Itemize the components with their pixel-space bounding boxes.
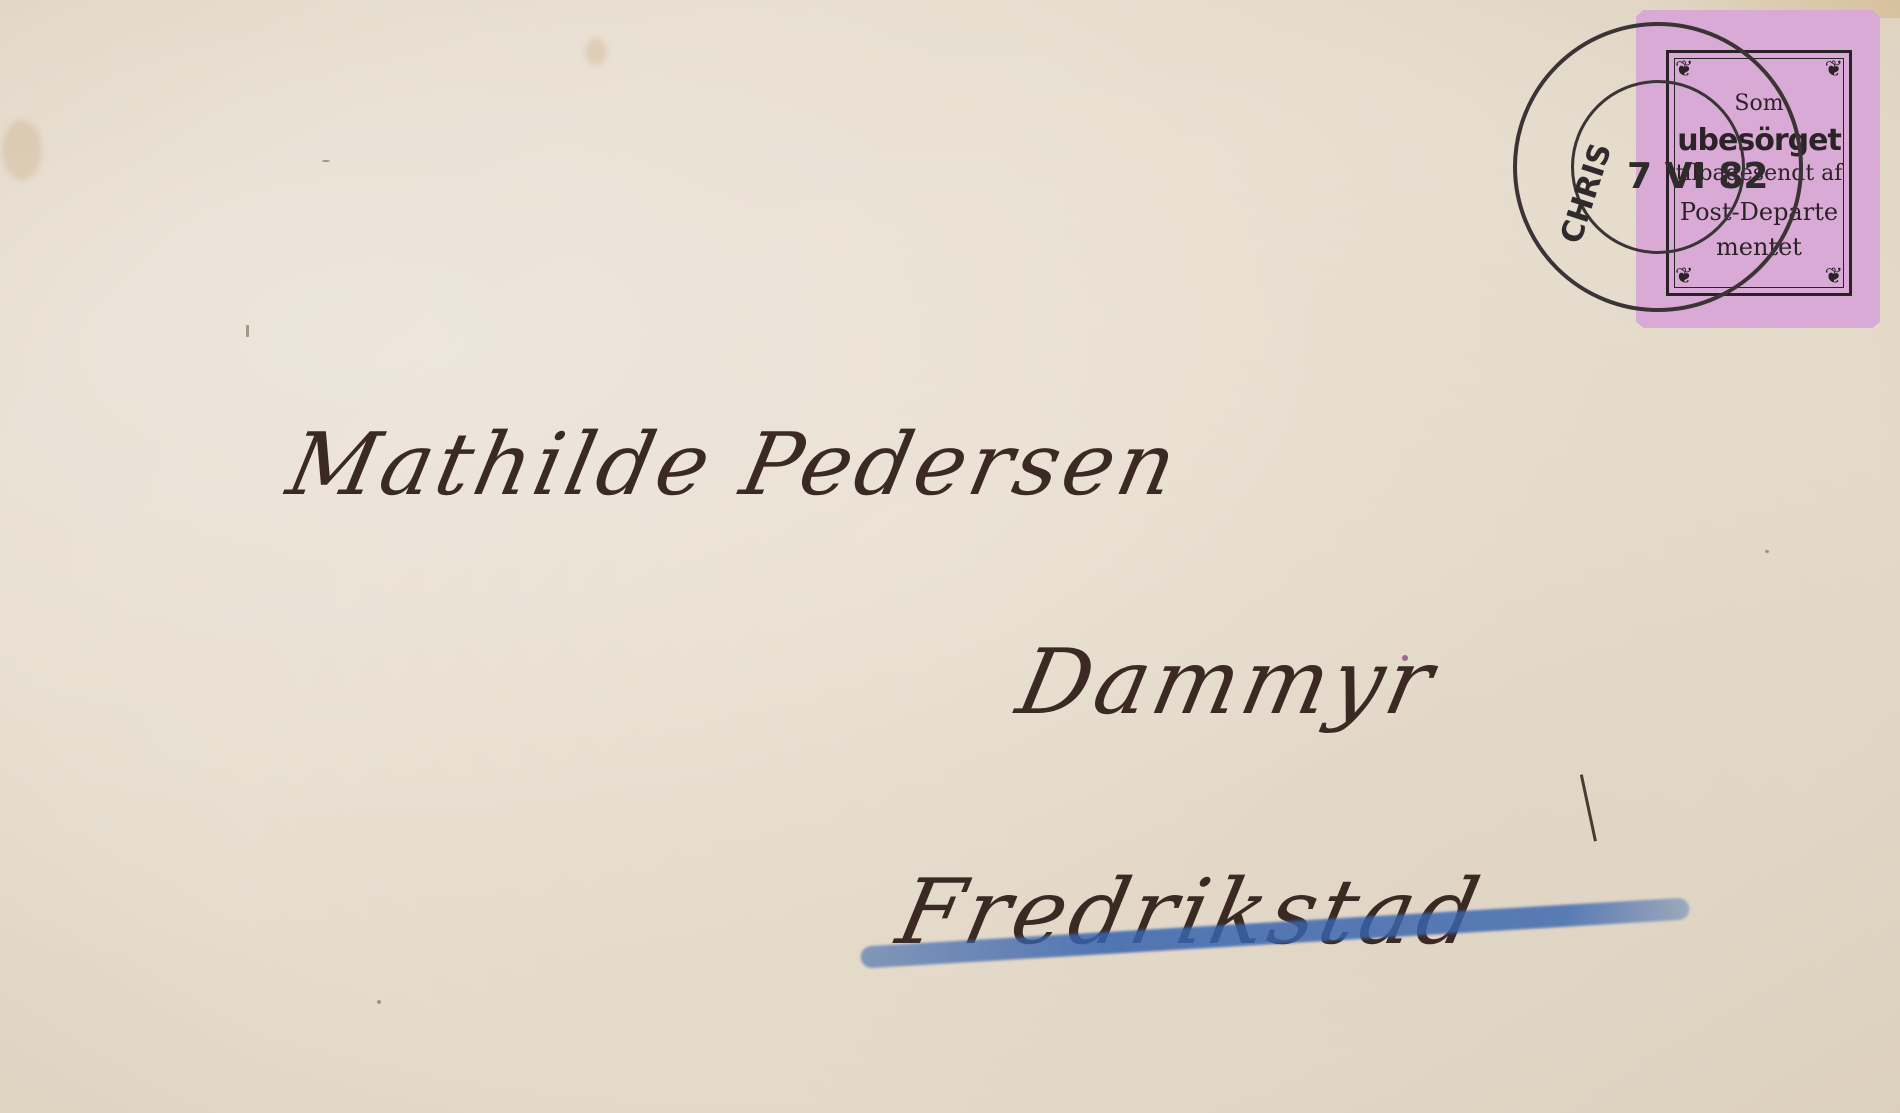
ink-speck [377,1000,381,1004]
scroll-ornament-icon: ❦ [1825,264,1843,289]
envelope: ❦ ❦ ❦ ❦ Som ubesörget tilbagesendt af Po… [0,0,1900,1113]
postmark-cancel: CHRIS 7 VI 82 [1513,22,1803,312]
paper-stain [2,120,42,180]
recipient-name: Mathilde Pedersen [279,415,1188,515]
ink-speck [246,325,249,337]
postmark-date: 7 VI 82 [1627,156,1768,197]
paper-stain [585,38,607,66]
ink-speck [1765,550,1769,553]
ink-speck [322,160,330,162]
recipient-street: Dammyr [1009,630,1446,735]
scroll-ornament-icon: ❦ [1825,57,1843,82]
pen-tick-mark [1570,774,1597,843]
